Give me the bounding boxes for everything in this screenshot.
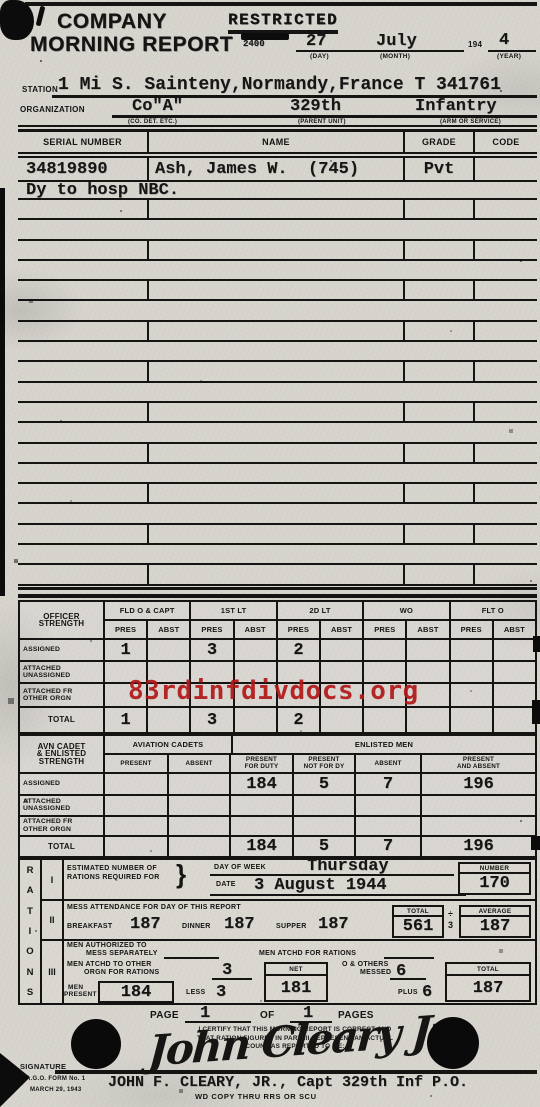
year-sublabel: (YEAR) bbox=[497, 53, 521, 60]
cell bbox=[492, 662, 535, 682]
cell bbox=[362, 708, 405, 732]
year-prefix: 194 bbox=[468, 40, 482, 49]
paper-speckles bbox=[0, 0, 2, 2]
rations-sec1: I ESTIMATED NUMBER OF RATIONS REQUIRED F… bbox=[42, 860, 535, 899]
punch-hole-right bbox=[427, 1017, 479, 1069]
group-aviation-cadets: AVIATION CADETS bbox=[105, 736, 231, 753]
cadet-row-attached-unassigned: ATTACHEDUNASSIGNED bbox=[20, 794, 535, 814]
roster-blank-row bbox=[18, 281, 537, 301]
sec1-numeral: I bbox=[42, 860, 64, 899]
cell bbox=[449, 684, 492, 706]
cell: PRES bbox=[449, 621, 492, 638]
cell: O bbox=[20, 942, 40, 962]
cell: 3 bbox=[189, 640, 232, 660]
roster-blank-row bbox=[18, 362, 537, 382]
cell: ABST bbox=[405, 621, 448, 638]
roster-blank-row bbox=[18, 464, 537, 484]
cadet-row-assigned: ASSIGNED 184 5 7 196 bbox=[20, 772, 535, 794]
cell: PRES bbox=[276, 621, 319, 638]
sec1-brace: } bbox=[176, 859, 186, 890]
cell: 1 bbox=[105, 640, 146, 660]
col-header-grade: GRADE bbox=[403, 132, 473, 152]
dinner-label: DINNER bbox=[182, 923, 211, 930]
cell bbox=[449, 640, 492, 660]
supper-value: 187 bbox=[318, 915, 349, 934]
cell: PRES bbox=[362, 621, 405, 638]
org-unit: Co"A" bbox=[132, 97, 183, 116]
rations-date-value: 3 August 1944 bbox=[254, 876, 387, 895]
net-box: NET 181 bbox=[264, 962, 328, 1002]
month-sublabel: (MONTH) bbox=[380, 53, 410, 60]
cell bbox=[492, 640, 535, 660]
plus-value: 6 bbox=[422, 983, 432, 1002]
form-date: MARCH 29, 1943 bbox=[30, 1087, 82, 1093]
men-present-label1: MEN bbox=[68, 984, 83, 991]
rations-sec3: III MEN AUTHORIZED TO MESS SEPARATELY ME… bbox=[42, 939, 535, 1003]
rule bbox=[18, 587, 537, 590]
form-title-line1: COMPANY bbox=[57, 10, 167, 34]
cell bbox=[449, 662, 492, 682]
roster-header-row: SERIAL NUMBER NAME GRADE CODE bbox=[18, 132, 537, 152]
report-day: 27 bbox=[306, 32, 326, 51]
cell: ABST bbox=[492, 621, 535, 638]
cell: 1ST LT bbox=[189, 602, 275, 619]
ink-streak bbox=[36, 6, 46, 27]
cell: ABST bbox=[233, 621, 276, 638]
roster-blank-row bbox=[18, 383, 537, 403]
roster-blank-row bbox=[18, 545, 537, 565]
cell bbox=[233, 708, 276, 732]
roster-blank-row bbox=[18, 220, 537, 240]
typed-signature-name: JOHN F. CLEARY, JR., Capt 329th Inf P.O. bbox=[108, 1074, 468, 1091]
mess-average-box: AVERAGE 187 bbox=[459, 905, 531, 938]
rule bbox=[18, 152, 537, 154]
blank-line bbox=[164, 957, 219, 959]
rule bbox=[18, 594, 537, 598]
roster-blank-row bbox=[18, 525, 537, 545]
edge-mark bbox=[533, 636, 540, 652]
blank-line bbox=[384, 957, 434, 959]
col-header-code: CODE bbox=[473, 132, 537, 152]
supper-label: SUPPER bbox=[276, 923, 307, 930]
enlisted-strength-table: AVN CADET& ENLISTEDSTRENGTH AVIATION CAD… bbox=[18, 734, 537, 858]
divide-by: 3 bbox=[448, 920, 453, 930]
roster-blank-row bbox=[18, 200, 537, 220]
cell: 2 bbox=[276, 640, 319, 660]
roster-blank-row bbox=[18, 261, 537, 281]
cell: A bbox=[20, 880, 40, 900]
cell: FLT O bbox=[449, 602, 535, 619]
rations-section: RATIONS I ESTIMATED NUMBER OF RATIONS RE… bbox=[18, 858, 537, 1005]
officer-strength-table: OFFICERSTRENGTH FLD O & CAPT1ST LT2D LTW… bbox=[18, 600, 537, 734]
page-label: PAGE bbox=[150, 1010, 179, 1021]
cell bbox=[146, 708, 189, 732]
group-enlisted-men: ENLISTED MEN bbox=[231, 736, 535, 753]
roster-entry-row: 34819890 Ash, James W. (745) Pvt bbox=[18, 158, 537, 180]
station-value: 1 Mi S. Sainteny,Normandy,France T 34176… bbox=[58, 75, 501, 95]
cell bbox=[405, 708, 448, 732]
roster-table: SERIAL NUMBER NAME GRADE CODE 34819890 A… bbox=[18, 125, 537, 598]
top-rule bbox=[25, 2, 537, 6]
others-label2: MESSED bbox=[360, 969, 391, 976]
officer-group-headers: FLD O & CAPT1ST LT2D LTWOFLT O bbox=[105, 602, 535, 619]
rations-number-box: NUMBER 170 bbox=[458, 862, 531, 895]
cell: PRES bbox=[105, 621, 146, 638]
cadet-group-headers: AVIATION CADETS ENLISTED MEN bbox=[105, 736, 535, 753]
mess-total-box: TOTAL 561 bbox=[392, 905, 444, 938]
blank-line bbox=[390, 978, 426, 980]
entry-serial: 34819890 bbox=[18, 158, 147, 180]
roster-blank-row bbox=[18, 322, 537, 342]
morning-report-scan: COMPANY MORNING REPORT RESTRICTED 2400 2… bbox=[0, 0, 540, 1107]
roster-blank-row bbox=[18, 423, 537, 443]
cell: ABST bbox=[319, 621, 362, 638]
breakfast-label: BREAKFAST bbox=[67, 923, 112, 930]
punch-hole-left bbox=[71, 1019, 121, 1069]
roster-blank-row bbox=[18, 484, 537, 504]
cell: R bbox=[20, 860, 40, 880]
men-authorized-label: MEN AUTHORIZED TO bbox=[67, 942, 147, 949]
cadet-row-attached-fr-other: ATTACHED FROTHER ORGN bbox=[20, 815, 535, 835]
cell: T bbox=[20, 901, 40, 921]
men-present-box: 184 bbox=[98, 981, 174, 1003]
cell bbox=[492, 684, 535, 706]
organization-label: ORGANIZATION bbox=[20, 105, 85, 114]
rations-side-label: RATIONS bbox=[20, 860, 42, 1003]
cell: I bbox=[20, 921, 40, 941]
cell: S bbox=[20, 983, 40, 1003]
entry-code bbox=[473, 158, 537, 180]
cell: 2 bbox=[276, 708, 319, 732]
rule bbox=[18, 125, 537, 127]
archive-watermark: 83rdinfdivdocs.org bbox=[128, 676, 419, 706]
cell: N bbox=[20, 962, 40, 982]
cell: PRES bbox=[189, 621, 232, 638]
cell bbox=[146, 640, 189, 660]
cell: 2D LT bbox=[276, 602, 362, 619]
cadet-row-total: TOTAL 184 5 7 196 bbox=[20, 835, 535, 856]
sec1-label2: RATIONS REQUIRED FOR bbox=[67, 874, 160, 881]
cadet-subcol-headers: PRESENT ABSENT PRESENTFOR DUTY PRESENTNO… bbox=[105, 753, 535, 772]
year-underline bbox=[488, 50, 536, 52]
edge-mark bbox=[531, 836, 540, 850]
entries-smudge bbox=[241, 33, 289, 40]
less-value: 3 bbox=[216, 983, 226, 1002]
officer-row-assigned: ASSIGNED 132 bbox=[20, 638, 535, 660]
form-title-line2: MORNING REPORT bbox=[30, 33, 233, 57]
rations-date-label: DATE bbox=[216, 881, 236, 888]
entry-grade: Pvt bbox=[403, 158, 473, 180]
officer-subcol-headers: PRESABSTPRESABSTPRESABSTPRESABSTPRESABST bbox=[105, 619, 535, 638]
rations-sec2: II MESS ATTENDANCE FOR DAY OF THIS REPOR… bbox=[42, 899, 535, 939]
ink-blotch bbox=[0, 0, 34, 40]
signature-line bbox=[55, 1070, 537, 1074]
dinner-value: 187 bbox=[224, 915, 255, 934]
cell bbox=[319, 708, 362, 732]
org-underline bbox=[112, 115, 537, 118]
sec3-total-box: TOTAL 187 bbox=[445, 962, 531, 1002]
report-year: 4 bbox=[499, 31, 509, 50]
cell bbox=[233, 640, 276, 660]
cell: FLD O & CAPT bbox=[105, 602, 189, 619]
divide-sign: ÷ bbox=[448, 909, 453, 919]
roster-blank-row bbox=[18, 403, 537, 423]
cell bbox=[319, 640, 362, 660]
org-parent: 329th bbox=[290, 97, 341, 116]
less-label: LESS bbox=[186, 989, 205, 996]
atchd-other-label2: ORGN FOR RATIONS bbox=[84, 969, 159, 976]
edge-mark bbox=[532, 700, 540, 724]
officer-strength-title: OFFICERSTRENGTH bbox=[20, 602, 105, 638]
blank-line bbox=[212, 978, 252, 980]
breakfast-value: 187 bbox=[130, 915, 161, 934]
day-sublabel: (DAY) bbox=[310, 53, 329, 60]
cell: 1 bbox=[105, 708, 146, 732]
date-underline2 bbox=[210, 894, 466, 896]
station-label: STATION bbox=[22, 85, 58, 94]
bottom-note: WD COPY THRU RRS OR SCU bbox=[195, 1092, 317, 1101]
others-label1: O & OTHERS bbox=[342, 961, 389, 968]
scan-edge-bar bbox=[0, 188, 5, 596]
sec1-label1: ESTIMATED NUMBER OF bbox=[67, 865, 157, 872]
roster-blank-rows bbox=[18, 200, 537, 586]
day-of-week-label: DAY OF WEEK bbox=[214, 864, 266, 871]
handwritten-signature: John Cleary Jr bbox=[147, 1005, 452, 1075]
roster-blank-row bbox=[18, 504, 537, 524]
col-header-name: NAME bbox=[147, 132, 403, 152]
plus-label: PLUS bbox=[398, 989, 418, 996]
mess-separately-label: MESS SEPARATELY bbox=[86, 950, 158, 957]
cell: 3 bbox=[189, 708, 232, 732]
sec3-numeral: III bbox=[42, 941, 64, 1003]
sec2-numeral: II bbox=[42, 901, 64, 939]
date-underline bbox=[296, 50, 464, 52]
roster-blank-row bbox=[18, 241, 537, 261]
restricted-stamp: RESTRICTED bbox=[228, 11, 338, 34]
col-header-serial: SERIAL NUMBER bbox=[18, 132, 147, 152]
cell bbox=[449, 708, 492, 732]
report-month: July bbox=[376, 32, 417, 51]
entry-remark: Dy to hosp NBC. bbox=[18, 182, 537, 200]
roster-blank-row bbox=[18, 342, 537, 362]
mess-attendance-label: MESS ATTENDANCE FOR DAY OF THIS REPORT bbox=[67, 904, 241, 911]
org-arm: Infantry bbox=[415, 97, 497, 116]
cell bbox=[405, 640, 448, 660]
cell: WO bbox=[362, 602, 448, 619]
cell bbox=[492, 708, 535, 732]
roster-blank-row bbox=[18, 444, 537, 464]
cell bbox=[362, 640, 405, 660]
cell: ABST bbox=[146, 621, 189, 638]
men-atchd-for-rations-label: MEN ATCHD FOR RATIONS bbox=[259, 950, 356, 957]
atchd-other-label1: MEN ATCHD TO OTHER bbox=[67, 961, 152, 968]
officer-row-total: TOTAL 132 bbox=[20, 706, 535, 732]
entry-name: Ash, James W. (745) bbox=[147, 158, 403, 180]
roster-blank-row bbox=[18, 565, 537, 585]
entries-time: 2400 bbox=[243, 39, 265, 49]
roster-blank-row bbox=[18, 301, 537, 321]
cadet-strength-title: AVN CADET& ENLISTEDSTRENGTH bbox=[20, 736, 105, 772]
men-present-label2: PRESENT bbox=[64, 991, 97, 998]
